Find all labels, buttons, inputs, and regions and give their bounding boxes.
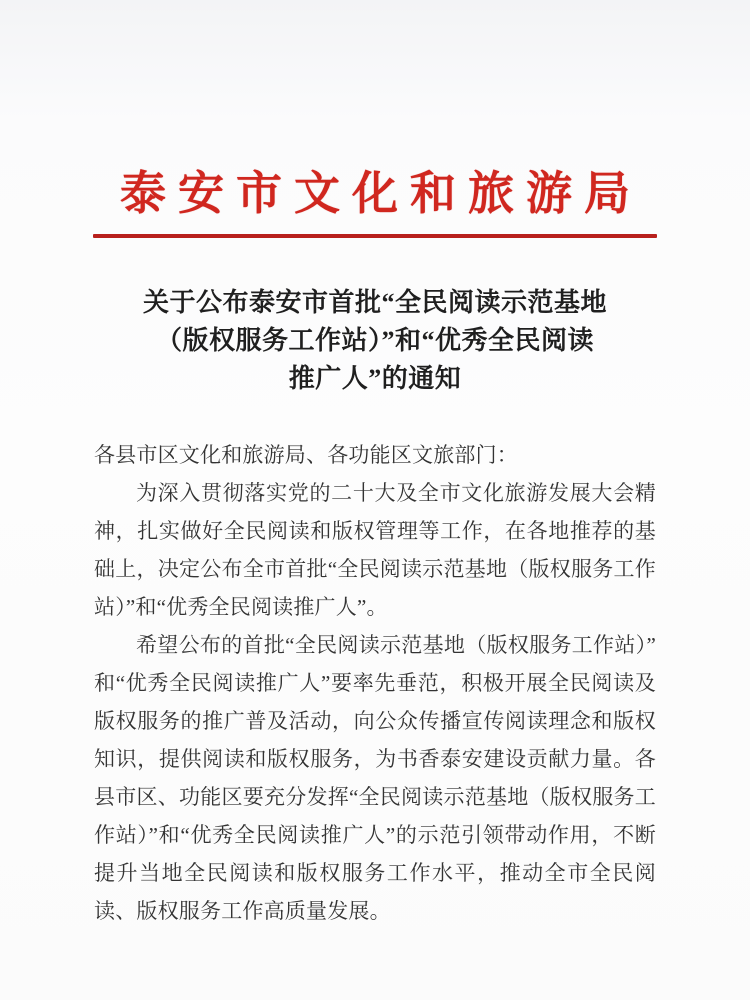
letterhead: 泰安市文化和旅游局 [0,0,750,238]
document-title-line: 推广人”的通知 [85,360,665,398]
document-title: 关于公布泰安市首批“全民阅读示范基地 （版权服务工作站）”和“优秀全民阅读 推广… [85,284,665,398]
document-title-line: （版权服务工作站）”和“优秀全民阅读 [85,322,665,360]
agency-name: 泰安市文化和旅游局 [0,168,750,220]
body-paragraph-1: 为深入贯彻落实党的二十大及全市文化旅游发展大会精神，扎实做好全民阅读和版权管理等… [94,474,656,626]
document-body: 各县市区文化和旅游局、各功能区文旅部门： 为深入贯彻落实党的二十大及全市文化旅游… [94,436,656,930]
document-title-line: 关于公布泰安市首批“全民阅读示范基地 [85,284,665,322]
letterhead-rule [93,234,657,238]
salutation: 各县市区文化和旅游局、各功能区文旅部门： [94,436,656,474]
document-page: 泰安市文化和旅游局 关于公布泰安市首批“全民阅读示范基地 （版权服务工作站）”和… [0,0,750,1000]
body-paragraph-2: 希望公布的首批“全民阅读示范基地（版权服务工作站）”和“优秀全民阅读推广人”要率… [94,626,656,930]
